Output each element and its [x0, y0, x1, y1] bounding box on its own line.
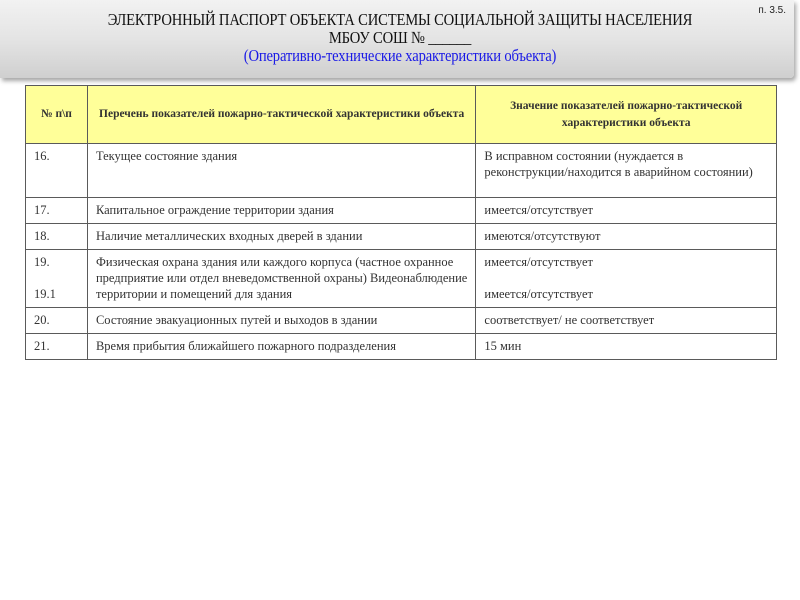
- row-indicator: Наличие металлических входных дверей в з…: [87, 224, 475, 250]
- table-row: 16. Текущее состояние здания В исправном…: [26, 144, 777, 198]
- column-header-indicator: Перечень показателей пожарно-тактической…: [87, 86, 475, 144]
- column-header-value: Значение показателей пожарно-тактической…: [476, 86, 777, 144]
- table-row: 19. 19.1 Физическая охрана здания или ка…: [26, 250, 777, 308]
- row-indicator: Текущее состояние здания: [87, 144, 475, 198]
- table-header-row: № п\п Перечень показателей пожарно-такти…: [26, 86, 777, 144]
- row-value: 15 мин: [476, 334, 777, 360]
- row-number: 16.: [26, 144, 88, 198]
- row-value: В исправном состоянии (нуждается в рекон…: [476, 144, 777, 198]
- row-value: имеются/отсутствуют: [476, 224, 777, 250]
- document-title: ЭЛЕКТРОННЫЙ ПАСПОРТ ОБЪЕКТА СИСТЕМЫ СОЦИ…: [56, 10, 744, 30]
- row-number-cell: 19. 19.1: [26, 250, 88, 308]
- row-value: соответствует/ не соответствует: [476, 308, 777, 334]
- row-indicator: Состояние эвакуационных путей и выходов …: [87, 308, 475, 334]
- table-row: 20. Состояние эвакуационных путей и выхо…: [26, 308, 777, 334]
- table-row: 21. Время прибытия ближайшего пожарного …: [26, 334, 777, 360]
- page-reference: п. 3.5.: [758, 5, 786, 16]
- row-indicator: Физическая охрана здания или каждого кор…: [87, 250, 475, 308]
- row-value-cell: имеется/отсутствует имеется/отсутствует: [476, 250, 777, 308]
- row-number: 18.: [26, 224, 88, 250]
- characteristics-table: № п\п Перечень показателей пожарно-такти…: [25, 85, 777, 360]
- row-subnumber: 19.1: [34, 286, 79, 302]
- row-number: 19.: [34, 255, 50, 269]
- row-number: 17.: [26, 198, 88, 224]
- row-value: имеется/отсутствует: [476, 198, 777, 224]
- table-row: 18. Наличие металлических входных дверей…: [26, 224, 777, 250]
- column-header-number: № п\п: [26, 86, 88, 144]
- row-number: 21.: [26, 334, 88, 360]
- row-indicator: Капитальное ограждение территории здания: [87, 198, 475, 224]
- row-number: 20.: [26, 308, 88, 334]
- row-value: имеется/отсутствует: [484, 255, 593, 269]
- school-title: МБОУ СОШ № ______: [56, 28, 744, 48]
- row-indicator: Время прибытия ближайшего пожарного подр…: [87, 334, 475, 360]
- document-subtitle: (Оперативно-технические характеристики о…: [56, 46, 744, 66]
- table-row: 17. Капитальное ограждение территории зд…: [26, 198, 777, 224]
- header-banner: ЭЛЕКТРОННЫЙ ПАСПОРТ ОБЪЕКТА СИСТЕМЫ СОЦИ…: [0, 0, 794, 78]
- row-subvalue: имеется/отсутствует: [484, 286, 768, 302]
